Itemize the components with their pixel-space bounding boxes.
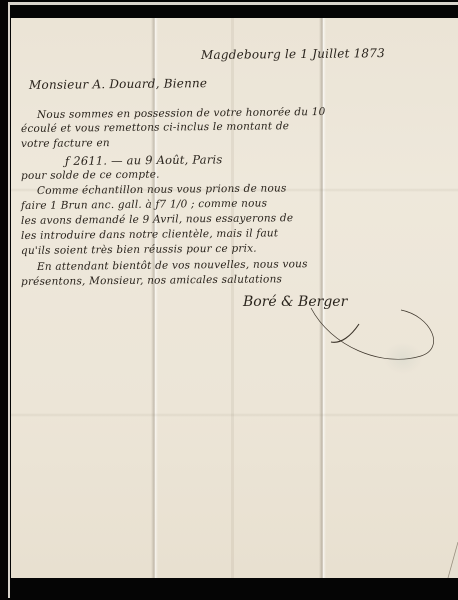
paper-stain: [383, 342, 423, 374]
fold-crease-horizontal: [11, 413, 458, 417]
fold-crease-center: [231, 18, 234, 578]
letter-body-line: En attendant bientôt de vos nouvelles, n…: [37, 258, 308, 273]
letter-body-line: les introduire dans notre clientèle, mai…: [21, 227, 278, 242]
letter-salutation: Monsieur A. Douard, Bienne: [29, 76, 207, 92]
letter-body-line: présentons, Monsieur, nos amicales salut…: [21, 273, 282, 288]
letter-body-line: votre facture en: [21, 137, 110, 150]
letter-body-line: qu'ils soient très bien réussis pour ce …: [21, 243, 257, 257]
scan-frame-left: [8, 2, 10, 598]
letter-body-line: pour solde de ce compte.: [21, 169, 160, 182]
fold-crease-left: [151, 18, 158, 578]
letter-body-line: écoulé et vous remettons ci-inclus le mo…: [21, 120, 289, 135]
scan-frame-top: [8, 2, 458, 5]
torn-corner-icon: [444, 542, 458, 578]
letter-sheet: Magdebourg le 1 Juillet 1873 Monsieur A.…: [11, 18, 458, 578]
letter-body-line: ƒ 2611. — au 9 Août, Paris: [65, 152, 223, 168]
letter-body-line: Nous sommes en possession de votre honor…: [37, 106, 326, 121]
letter-dateline: Magdebourg le 1 Juillet 1873: [201, 46, 385, 62]
letter-body-line: les avons demandé le 9 Avril, nous essay…: [21, 212, 293, 227]
letter-body-line: Comme échantillon nous vous prions de no…: [37, 182, 287, 197]
